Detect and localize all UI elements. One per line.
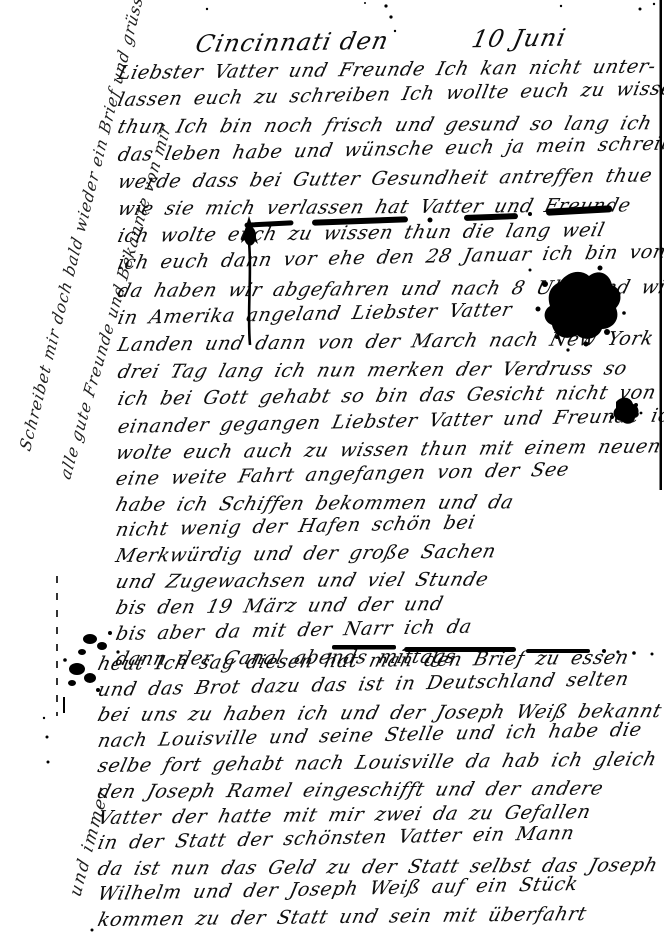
scan-dashed-line-left xyxy=(57,576,65,716)
heading-date: 10 Juni xyxy=(469,24,569,54)
handwriting-line: Landen und dann von der March nach New Y… xyxy=(115,325,664,359)
letter-heading: Cincinnati den 10 Juni xyxy=(193,24,569,58)
letter-body-middle: wolte euch auch zu wissen thun mit einem… xyxy=(116,441,659,673)
letter-body-upper: Liebster Vatter und Freunde Ich kan nich… xyxy=(118,60,664,441)
handwriting-line: kommen zu der Statt und sein mit überfah… xyxy=(95,901,664,933)
letter-body-lower: heut Ich sag diesen hat man den Brief zu… xyxy=(98,652,660,934)
letter-page: Cincinnati den 10 Juni Liebster Vatter u… xyxy=(0,0,664,937)
handwriting-line: Merkwürdig und der große Sachen xyxy=(113,538,664,570)
handwriting-line: selbe fort gehabt nach Louisville da hab… xyxy=(95,748,664,780)
heading-gap xyxy=(396,47,462,48)
heading-place: Cincinnati xyxy=(193,28,335,58)
heading-den: den xyxy=(337,27,391,56)
